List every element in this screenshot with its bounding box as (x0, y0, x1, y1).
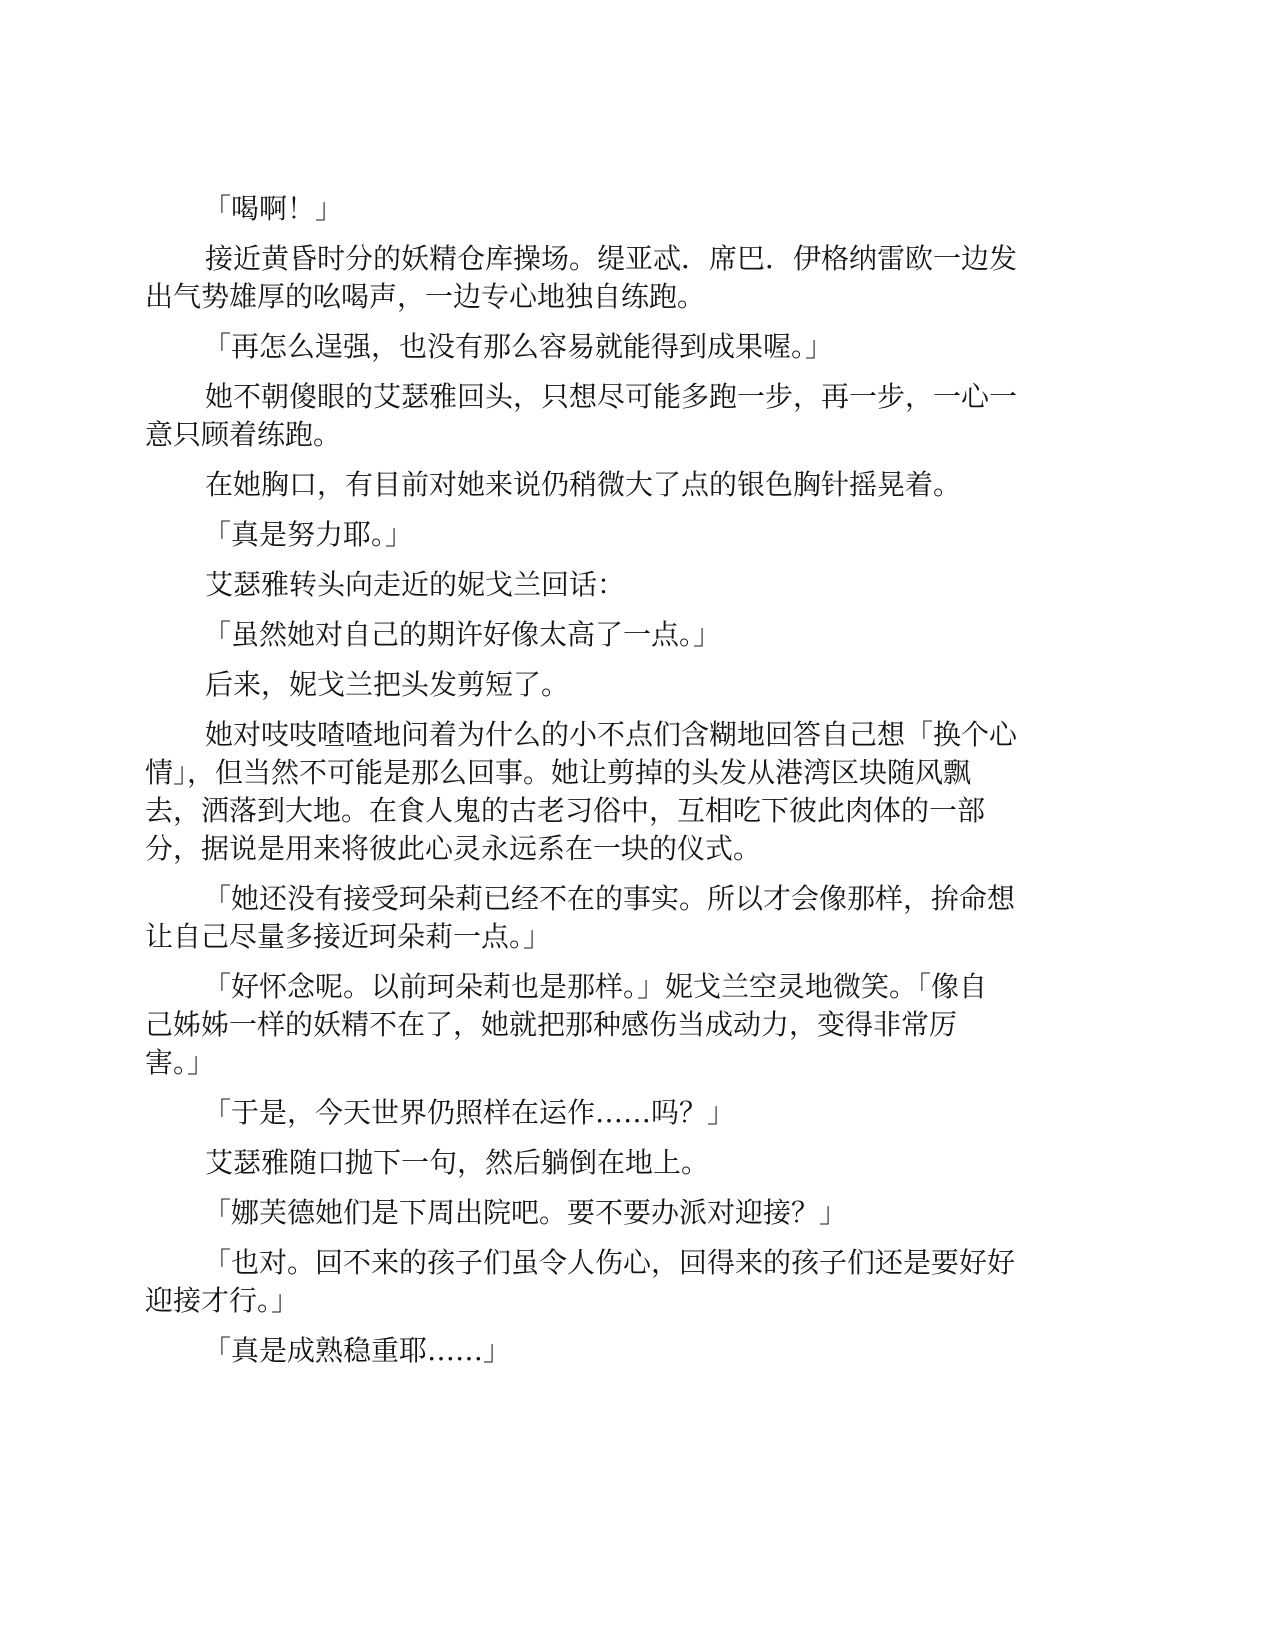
dialog-paragraph: 「她还没有接受珂朵莉已经不在的事实。所以才会像那样，拚命想让自己尽量多接近珂朵莉… (145, 880, 1070, 956)
document-page: 「喝啊！」接近黄昏时分的妖精仓库操场。缇亚忒．席巴．伊格纳雷欧一边发出气势雄厚的… (145, 190, 1070, 1382)
text-line: 「娜芙德她们是下周出院吧。要不要办派对迎接？」 (145, 1194, 1070, 1232)
dialog-paragraph: 「也对。回不来的孩子们虽令人伤心，回得来的孩子们还是要好好迎接才行。」 (145, 1244, 1070, 1320)
text-line: 艾瑟雅转头向走近的妮戈兰回话： (145, 566, 1070, 604)
narration-paragraph: 她对吱吱喳喳地问着为什么的小不点们含糊地回答自己想「换个心情」，但当然不可能是那… (145, 716, 1070, 868)
text-line: 后来，妮戈兰把头发剪短了。 (145, 666, 1070, 704)
text-line: 艾瑟雅随口抛下一句，然后躺倒在地上。 (145, 1144, 1070, 1182)
text-line: 「她还没有接受珂朵莉已经不在的事实。所以才会像那样，拚命想 (145, 880, 1070, 918)
text-line: 「好怀念呢。以前珂朵莉也是那样。」妮戈兰空灵地微笑。「像自 (145, 968, 1070, 1006)
text-line: 她对吱吱喳喳地问着为什么的小不点们含糊地回答自己想「换个心 (145, 716, 1070, 754)
dialog-paragraph: 「娜芙德她们是下周出院吧。要不要办派对迎接？」 (145, 1194, 1070, 1232)
text-line: 「虽然她对自己的期许好像太高了一点。」 (145, 616, 1070, 654)
text-line: 「真是成熟稳重耶……」 (145, 1332, 1070, 1370)
text-line: 害。」 (145, 1044, 1070, 1082)
dialog-paragraph: 「好怀念呢。以前珂朵莉也是那样。」妮戈兰空灵地微笑。「像自己姊姊一样的妖精不在了… (145, 968, 1070, 1082)
narration-paragraph: 接近黄昏时分的妖精仓库操场。缇亚忒．席巴．伊格纳雷欧一边发出气势雄厚的吆喝声，一… (145, 240, 1070, 316)
text-line: 「再怎么逞强，也没有那么容易就能得到成果喔。」 (145, 328, 1070, 366)
text-line: 在她胸口，有目前对她来说仍稍微大了点的银色胸针摇晃着。 (145, 466, 1070, 504)
narration-paragraph: 后来，妮戈兰把头发剪短了。 (145, 666, 1070, 704)
text-line: 迎接才行。」 (145, 1282, 1070, 1320)
text-line: 分，据说是用来将彼此心灵永远系在一块的仪式。 (145, 830, 1070, 868)
text-line: 己姊姊一样的妖精不在了，她就把那种感伤当成动力，变得非常厉 (145, 1006, 1070, 1044)
dialog-paragraph: 「真是成熟稳重耶……」 (145, 1332, 1070, 1370)
text-line: 「也对。回不来的孩子们虽令人伤心，回得来的孩子们还是要好好 (145, 1244, 1070, 1282)
text-line: 「真是努力耶。」 (145, 516, 1070, 554)
narration-paragraph: 她不朝傻眼的艾瑟雅回头，只想尽可能多跑一步，再一步，一心一意只顾着练跑。 (145, 378, 1070, 454)
dialog-paragraph: 「于是，今天世界仍照样在运作……吗？」 (145, 1094, 1070, 1132)
text-line: 去，洒落到大地。在食人鬼的古老习俗中，互相吃下彼此肉体的一部 (145, 792, 1070, 830)
text-line: 出气势雄厚的吆喝声，一边专心地独自练跑。 (145, 278, 1070, 316)
narration-paragraph: 艾瑟雅随口抛下一句，然后躺倒在地上。 (145, 1144, 1070, 1182)
dialog-paragraph: 「喝啊！」 (145, 190, 1070, 228)
text-line: 情」，但当然不可能是那么回事。她让剪掉的头发从港湾区块随风飘 (145, 754, 1070, 792)
text-line: 她不朝傻眼的艾瑟雅回头，只想尽可能多跑一步，再一步，一心一 (145, 378, 1070, 416)
text-line: 「喝啊！」 (145, 190, 1070, 228)
text-line: 意只顾着练跑。 (145, 416, 1070, 454)
dialog-paragraph: 「真是努力耶。」 (145, 516, 1070, 554)
text-line: 让自己尽量多接近珂朵莉一点。」 (145, 918, 1070, 956)
dialog-paragraph: 「虽然她对自己的期许好像太高了一点。」 (145, 616, 1070, 654)
narration-paragraph: 在她胸口，有目前对她来说仍稍微大了点的银色胸针摇晃着。 (145, 466, 1070, 504)
dialog-paragraph: 「再怎么逞强，也没有那么容易就能得到成果喔。」 (145, 328, 1070, 366)
text-line: 接近黄昏时分的妖精仓库操场。缇亚忒．席巴．伊格纳雷欧一边发 (145, 240, 1070, 278)
text-line: 「于是，今天世界仍照样在运作……吗？」 (145, 1094, 1070, 1132)
narration-paragraph: 艾瑟雅转头向走近的妮戈兰回话： (145, 566, 1070, 604)
